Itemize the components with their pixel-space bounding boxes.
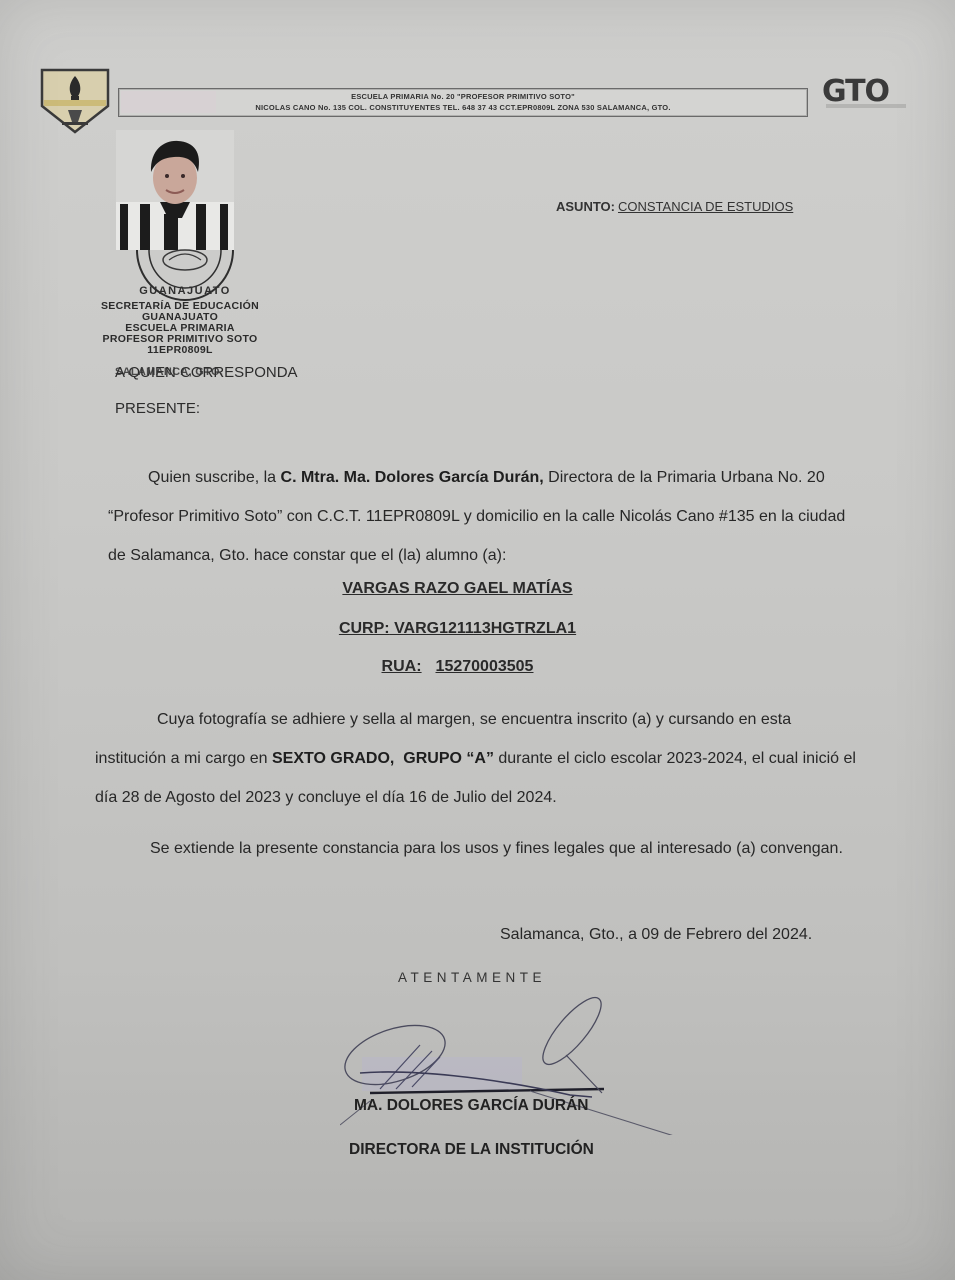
- school-header-box: ESCUELA PRIMARIA No. 20 "PROFESOR PRIMIT…: [118, 88, 808, 117]
- svg-text:GUANAJUATO: GUANAJUATO: [139, 285, 231, 297]
- subject-line: ASUNTO:CONSTANCIA DE ESTUDIOS: [556, 199, 793, 214]
- official-seal-stamp: GUANAJUATO: [133, 246, 237, 304]
- student-photo: [116, 130, 234, 250]
- signer-title: DIRECTORA DE LA INSTITUCIÓN: [349, 1141, 594, 1159]
- subject-label: ASUNTO:: [556, 199, 615, 214]
- school-name: ESCUELA PRIMARIA No. 20 "PROFESOR PRIMIT…: [119, 92, 807, 101]
- paragraph-purpose: Se extiende la presente constancia para …: [88, 826, 878, 872]
- present-label: PRESENTE:: [115, 400, 200, 417]
- atentamente-label: ATENTAMENTE: [398, 970, 546, 985]
- paragraph-intro: Quien suscribe, la C. Mtra. Ma. Dolores …: [108, 458, 848, 575]
- student-curp: CURP: VARG121113HGTRZLA1: [0, 620, 935, 638]
- signer-name: MA. DOLORES GARCÍA DURÁN: [354, 1097, 589, 1115]
- stamp-line: 11EPR0809L: [80, 345, 280, 356]
- gto-logo-subtitle: [826, 104, 906, 108]
- stamp-text: SECRETARÍA DE EDUCACIÓN GUANAJUATO ESCUE…: [80, 301, 280, 356]
- student-name: VARGAS RAZO GAEL MATÍAS: [0, 580, 935, 598]
- school-address: NICOLAS CANO No. 135 COL. CONSTITUYENTES…: [119, 103, 807, 112]
- paragraph-enrollment: Cuya fotografía se adhiere y sella al ma…: [95, 700, 865, 817]
- director-name-bold: C. Mtra. Ma. Dolores García Durán,: [281, 469, 544, 486]
- subject-value: CONSTANCIA DE ESTUDIOS: [618, 199, 793, 214]
- gto-logo: GTO: [822, 74, 908, 108]
- student-rua: RUA:15270003505: [0, 658, 935, 676]
- grade-bold: SEXTO GRADO,: [272, 750, 394, 767]
- school-shield-logo-icon: [38, 66, 112, 136]
- place-and-date: Salamanca, Gto., a 09 de Febrero del 202…: [500, 926, 812, 944]
- stamp-line-overprint: SALAMANCA, GTO.: [115, 366, 223, 378]
- group-bold: GRUPO “A”: [403, 750, 494, 767]
